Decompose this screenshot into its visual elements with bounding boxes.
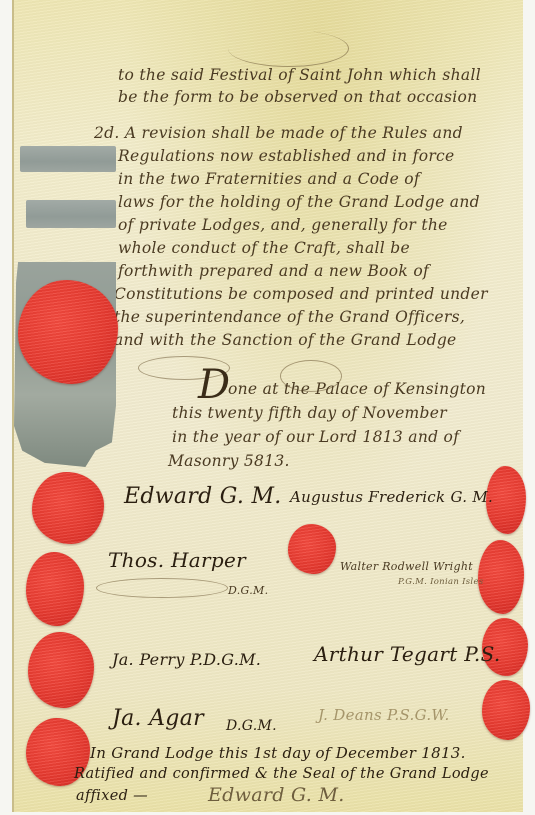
signature-harper: Thos. Harper (108, 548, 246, 572)
wax-seal (478, 540, 524, 614)
signature-edward: Edward G. M. (124, 484, 282, 509)
ratification-line-2: Ratified and confirmed & the Seal of the… (74, 766, 489, 782)
body-line-11: the superintendance of the Grand Officer… (114, 308, 465, 326)
body-line-12: and with the Sanction of the Grand Lodge (114, 331, 457, 349)
ratification-line-3: affixed — (76, 788, 148, 804)
pen-flourish (228, 30, 349, 67)
signature-augustus-frederick: Augustus Frederick G. M. (290, 488, 493, 506)
signature-agar-title: D.G.M. (226, 718, 277, 734)
dated-line-1: one at the Palace of Kensington (228, 380, 486, 398)
wax-seal (28, 632, 94, 708)
body-line-1: to the said Festival of Saint John which… (118, 66, 481, 84)
signature-wright-title: P.G.M. Ionian Isles (398, 577, 483, 587)
initial-letter: D (198, 362, 230, 408)
body-line-8: whole conduct of the Craft, shall be (118, 239, 410, 257)
body-line-10: Constitutions be composed and printed un… (114, 285, 488, 303)
ratification-line-1: In Grand Lodge this 1st day of December … (90, 744, 466, 762)
body-line-2: be the form to be observed on that occas… (118, 88, 477, 106)
dated-line-2: this twenty fifth day of November (172, 404, 447, 422)
grand-lodge-wax-seal (18, 280, 118, 384)
signature-wright: Walter Rodwell Wright (340, 560, 473, 573)
wax-seal (482, 680, 530, 740)
signature-agar: Ja. Agar (112, 706, 204, 731)
tape-strip-upper (20, 146, 116, 172)
tape-strip-lower (26, 200, 116, 228)
dated-line-3: in the year of our Lord 1813 and of (172, 428, 459, 446)
wax-seal (288, 524, 336, 574)
signature-deans: J. Deans P.S.G.W. (318, 706, 450, 724)
ratification-signature-edward: Edward G. M. (208, 784, 345, 806)
wax-seal (32, 472, 104, 544)
body-line-3: 2d. A revision shall be made of the Rule… (94, 124, 463, 142)
pen-flourish (96, 578, 228, 598)
body-line-7: of private Lodges, and, generally for th… (118, 216, 448, 234)
wax-seal (26, 552, 84, 626)
signature-harper-title: D.G.M. (228, 584, 268, 597)
body-line-9: forthwith prepared and a new Book of (118, 262, 429, 280)
signature-perry: Ja. Perry P.D.G.M. (112, 650, 261, 669)
dated-line-4: Masonry 5813. (168, 452, 290, 470)
signature-tegart: Arthur Tegart P.S. (314, 642, 501, 666)
body-line-5: in the two Fraternities and a Code of (118, 170, 420, 188)
body-line-6: laws for the holding of the Grand Lodge … (118, 193, 480, 211)
body-line-4: Regulations now established and in force (118, 147, 455, 165)
